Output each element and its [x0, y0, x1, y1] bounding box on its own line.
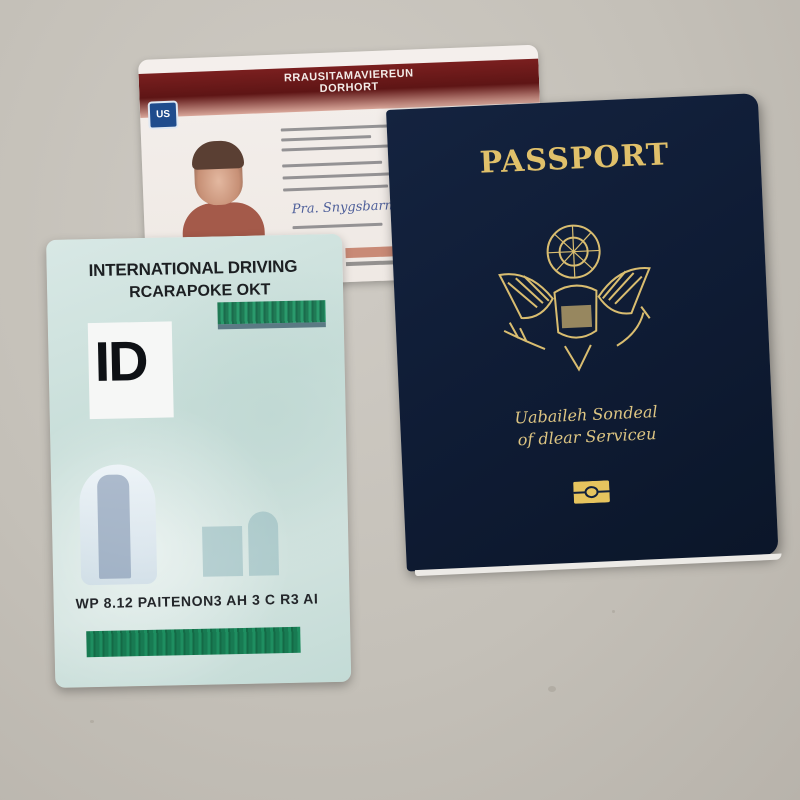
license-text-line: [292, 223, 382, 229]
building-watermark: [248, 511, 279, 576]
building-watermark: [202, 526, 243, 577]
idp-green-barcode: [86, 627, 300, 657]
license-photo: [179, 143, 265, 242]
license-text-line: [282, 144, 402, 152]
license-text-line: [281, 124, 391, 131]
eagle-seal-icon: [487, 216, 664, 384]
surface-speck: [548, 686, 556, 692]
idp-id-label: ID: [94, 328, 147, 394]
international-driving-permit-card: INTERNATIONAL DRIVING RCARAPOKE OKT ID W…: [46, 234, 351, 688]
license-text-line: [281, 135, 371, 141]
passport: PASSPORT Uabaileh Sondeal of dlear Servi…: [386, 93, 779, 571]
ghost-figure: [97, 474, 131, 579]
biometric-chip-icon: [573, 480, 610, 504]
passport-pages-edge: [415, 554, 782, 577]
surface-speck: [612, 610, 615, 613]
surface-speck: [90, 720, 94, 723]
idp-mrz-line: WP 8.12 PAITENON3 AH 3 C R3 AI: [75, 590, 318, 611]
license-text-line: [283, 172, 398, 179]
idp-title-line1: INTERNATIONAL DRIVING: [88, 257, 297, 281]
passport-title: PASSPORT: [388, 133, 761, 185]
idp-title-line2: RCARAPOKE OKT: [129, 281, 271, 302]
license-text-line: [282, 161, 382, 168]
license-text-line: [283, 184, 388, 191]
idp-hologram-strip: [217, 300, 325, 324]
us-seal-icon: US: [148, 101, 179, 130]
idp-hologram-caption: [218, 322, 326, 329]
